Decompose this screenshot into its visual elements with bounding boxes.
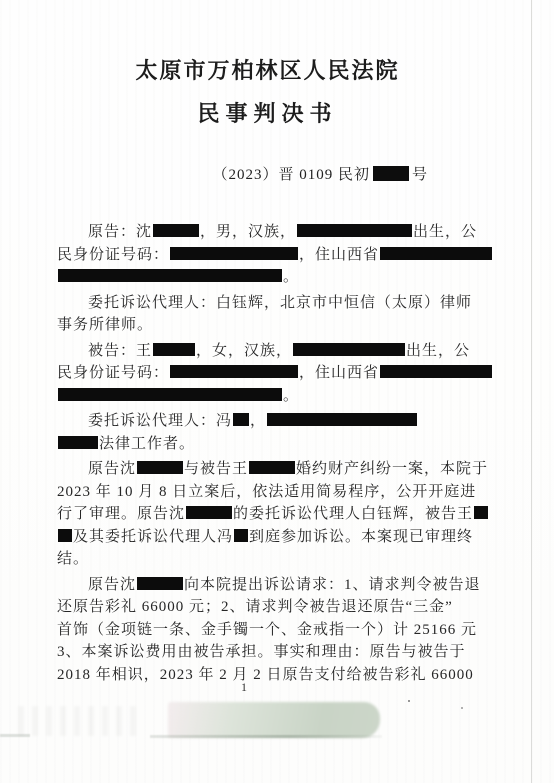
text-run: 法律工作者。 [99,436,195,452]
text-line: 被告：王，女，汉族，出生，公 [57,340,478,363]
text-line: 原告沈向本院提出诉讼请求：1、请求判令被告退 [57,574,478,597]
page-content: 太原市万柏林区人民法院 民事判决书 （2023）晋 0109 民初号 原告：沈，… [57,0,478,689]
text-run: 原告沈 [88,577,136,593]
text-line: 首饰（金项链一条、金手镯一个、金戒指一个）计 25166 元 [57,619,478,642]
redaction-block [380,365,492,378]
redaction-block [153,224,199,237]
redaction-block [137,461,183,474]
text-run: 首饰（金项链一条、金手镯一个、金戒指一个）计 25166 元 [57,622,477,638]
text-line: 民身份证号码：，住山西省 [57,362,478,385]
text-line: 3、本案诉讼费用由被告承担。事实和理由：原告与被告于 [57,641,478,664]
document-body: 原告：沈，男，汉族，出生，公民身份证号码：，住山西省。委托诉讼代理人：白钰辉，北… [57,221,478,686]
redaction-block [234,529,248,542]
text-line: 2018 年相识，2023 年 2 月 2 日原告支付给被告彩礼 66000 [57,664,478,687]
text-run: 委托诉讼代理人：白钰辉，北京市中恒信（太原）律师 [88,295,472,311]
text-line: 。 [57,266,478,289]
plaintiff-agent: 委托诉讼代理人：白钰辉，北京市中恒信（太原）律师事务所律师。 [57,292,478,337]
scanned-judgment-page: 太原市万柏林区人民法院 民事判决书 （2023）晋 0109 民初号 原告：沈，… [0,0,554,783]
text-line: 。 [57,385,478,408]
claims-and-facts: 原告沈向本院提出诉讼请求：1、请求判令被告退还原告彩礼 66000 元；2、请求… [57,574,478,687]
text-line: 事务所律师。 [57,314,478,337]
text-run: 委托诉讼代理人：冯 [88,413,232,429]
redaction-block [249,461,295,474]
text-run: 。 [283,269,299,285]
text-run: 原告：沈 [88,224,152,240]
redaction-block [474,506,488,519]
text-run: 出生，公 [413,224,477,240]
text-run: 事务所律师。 [57,317,153,333]
redaction-block [380,247,492,260]
text-run: ，住山西省 [299,365,379,381]
text-run: 婚约财产纠纷一案，本院于 [296,461,488,477]
text-run: 到庭参加诉讼。本案现已审理终 [249,529,473,545]
procedure-summary: 原告沈与被告王婚约财产纠纷一案，本院于2023 年 10 月 8 日立案后，依法… [57,458,478,571]
text-run: 向本院提出诉讼请求：1、请求判令被告退 [184,577,481,593]
text-run: 及其委托诉讼代理人冯 [73,529,233,545]
text-line: 行了审理。原告沈的委托诉讼代理人白钰辉，被告王 [57,503,478,526]
text-run: 。 [283,388,299,404]
redaction-block [297,224,412,237]
text-run: 原告沈 [88,461,136,477]
text-line: 委托诉讼代理人：白钰辉，北京市中恒信（太原）律师 [57,292,478,315]
party-plaintiff: 原告：沈，男，汉族，出生，公民身份证号码：，住山西省。 [57,221,478,289]
text-line: 原告沈与被告王婚约财产纠纷一案，本院于 [57,458,478,481]
text-run: ，住山西省 [299,247,379,263]
case-number-redaction [373,166,409,181]
text-run: 结。 [57,551,89,567]
text-line: 还原告彩礼 66000 元；2、请求判令被告退还原告“三金” [57,596,478,619]
text-run: ，男，汉族， [200,224,296,240]
text-line: 及其委托诉讼代理人冯到庭参加诉讼。本案现已审理终 [57,526,478,549]
court-name-title: 太原市万柏林区人民法院 [57,55,478,87]
party-defendant: 被告：王，女，汉族，出生，公民身份证号码：，住山西省。 [57,340,478,408]
redaction-block [170,247,298,260]
text-run: 行了审理。原告沈 [57,506,185,522]
redaction-block [58,388,282,401]
text-line: 结。 [57,548,478,571]
case-number-prefix: （2023）晋 0109 民初 [212,167,370,183]
redaction-block [153,343,195,356]
redaction-block [58,436,98,449]
redaction-block [58,529,72,542]
text-run: 2023 年 10 月 8 日立案后，依法适用简易程序，公开开庭进 [57,484,476,500]
text-run: 民身份证号码： [57,365,169,381]
text-line: 委托诉讼代理人：冯， [57,410,478,433]
text-run: 与被告王 [184,461,248,477]
text-run: 的委托诉讼代理人白钰辉，被告王 [233,506,473,522]
text-line: 法律工作者。 [57,433,478,456]
text-run: 被告：王 [88,343,152,359]
scan-speck-artifact [408,700,410,702]
case-number: （2023）晋 0109 民初号 [57,165,478,185]
text-run: 3、本案诉讼费用由被告承担。事实和理由：原告与被告于 [57,644,466,660]
text-line: 民身份证号码：，住山西省 [57,244,478,267]
redaction-block [233,413,249,426]
redaction-block [58,269,282,282]
text-run: 还原告彩礼 66000 元；2、请求判令被告退还原告“三金” [57,599,453,615]
text-line: 2023 年 10 月 8 日立案后，依法适用简易程序，公开开庭进 [57,481,478,504]
text-line: 原告：沈，男，汉族，出生，公 [57,221,478,244]
page-number: 1 [232,680,256,695]
redaction-block [267,413,417,426]
paper-edge-line [531,0,532,783]
redaction-block [137,577,183,590]
scan-streak-artifact [18,706,136,736]
scan-shadow-artifact [168,702,380,738]
case-number-suffix: 号 [412,167,428,183]
text-run: 出生，公 [406,343,470,359]
redaction-block [186,506,232,519]
text-run: ，女，汉族， [196,343,292,359]
redaction-block [293,343,405,356]
text-run: ， [250,413,266,429]
scan-shadow-edge-artifact [150,735,382,738]
text-run: 2018 年相识，2023 年 2 月 2 日原告支付给被告彩礼 66000 [57,667,474,683]
defendant-agent: 委托诉讼代理人：冯，法律工作者。 [57,410,478,455]
redaction-block [170,365,298,378]
document-type-title: 民事判决书 [57,99,478,129]
scan-speck-artifact [461,707,463,709]
scan-left-dash-artifact [0,734,30,737]
text-run: 民身份证号码： [57,247,169,263]
